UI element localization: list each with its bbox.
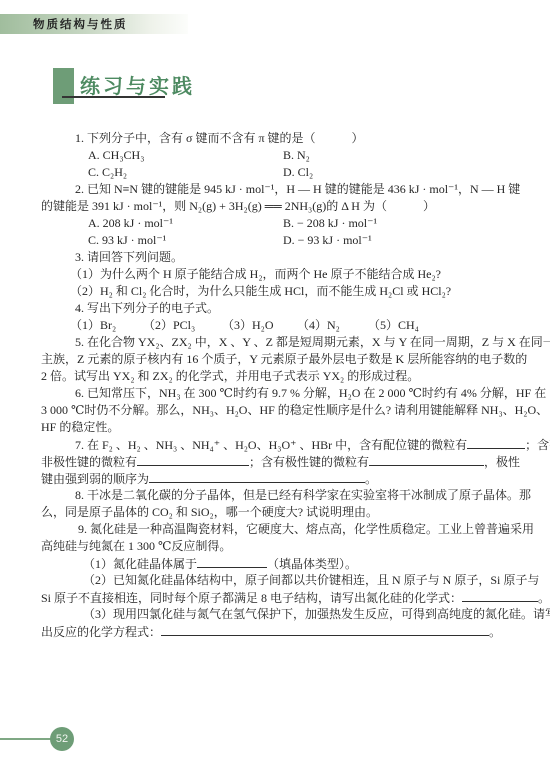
text-segment: 。 <box>489 625 501 639</box>
q9-sub1: （1）氮化硅晶体属于（填晶体类型）。 <box>83 556 357 572</box>
text-segment: （填晶体类型）。 <box>267 557 357 571</box>
q6-line1: 6. 已知常压下，NH₃ 在 300 ℃时约有 9.7 % 分解，H₂O 在 2… <box>75 386 546 401</box>
textbook-page: 物质结构与性质 练习与实践 1. 下列分子中，含有 σ 键而不含有 π 键的是（… <box>0 0 550 778</box>
text-segment: A. 208 kJ · mol⁻¹ <box>88 216 173 230</box>
text-segment: （2）H₂ 和 Cl₂ 化合时，为什么只能生成 HCl，而不能生成 H₂Cl 或… <box>70 284 451 298</box>
q4-item2: （2）PCl₃ <box>143 318 195 333</box>
text-segment: C. 93 kJ · mol⁻¹ <box>88 233 166 247</box>
text-segment: 键由强到弱的顺序为 <box>41 472 149 486</box>
q2-option-b: B. − 208 kJ · mol⁻¹ <box>283 216 377 231</box>
text-segment: 。 <box>538 591 550 605</box>
text-segment: 4. 写出下列分子的电子式。 <box>75 301 219 315</box>
q4-item4: （4）N₂ <box>297 318 340 333</box>
text-segment: 3. 请回答下列问题。 <box>75 250 183 264</box>
text-segment: 6. 已知常压下，NH₃ 在 300 ℃时约有 9.7 % 分解，H₂O 在 2… <box>75 386 546 400</box>
section-title: 练习与实践 <box>80 70 195 99</box>
page-number-badge: 52 <box>50 727 74 751</box>
section-title-square-decoration <box>53 68 74 104</box>
text-segment: C. C₂H₂ <box>88 165 127 179</box>
q9-sub2-line1: （2）已知氮化硅晶体结构中，原子间都以共价键相连，且 N 原子与 N 原子，Si… <box>83 573 539 588</box>
q7-line1: 7. 在 F₂ 、H₂ 、NH₃ 、NH₄⁺ 、H₂O、H₃O⁺ 、HBr 中，… <box>75 437 550 453</box>
q3-sub1: （1）为什么两个 H 原子能结合成 H₂，而两个 He 原子不能结合成 He₂? <box>70 267 441 282</box>
q5-line2: 主族，Z 元素的原子核内有 16 个质子，Y 元素原子最外层电子数是 K 层所能… <box>41 352 527 367</box>
text-segment: 3 000 ℃时仍不分解。那么，NH₃、H₂O、HF 的稳定性顺序是什么? 请利… <box>41 403 548 417</box>
q1-option-c: C. C₂H₂ <box>88 165 127 180</box>
text-segment: 7. 在 F₂ 、H₂ 、NH₃ 、NH₄⁺ 、H₂O、H₃O⁺ 、HBr 中，… <box>75 438 467 452</box>
q9-line2: 高纯硅与纯氮在 1 300 ℃反应制得。 <box>41 539 231 554</box>
text-segment: （2）已知氮化硅晶体结构中，原子间都以共价键相连，且 N 原子与 N 原子，Si… <box>83 573 539 587</box>
q2-option-a: A. 208 kJ · mol⁻¹ <box>88 216 173 231</box>
text-segment: B. − 208 kJ · mol⁻¹ <box>283 216 377 230</box>
q5-line1: 5. 在化合物 YX₂、ZX₂ 中，X 、Y 、Z 都是短周期元素，X 与 Y … <box>75 335 550 350</box>
text-segment: （3）H₂O <box>222 318 274 332</box>
text-segment: 出反应的化学方程式： <box>41 625 161 639</box>
q3-stem: 3. 请回答下列问题。 <box>75 250 183 265</box>
answer-blank <box>161 624 489 636</box>
text-segment: ，极性 <box>484 455 520 469</box>
text-segment: 9. 氮化硅是一种高温陶瓷材料，它硬度大、熔点高，化学性质稳定。工业上曾普遍采用 <box>78 522 534 536</box>
text-segment: 的键能是 391 kJ · mol⁻¹，则 N₂(g) + 3H₂(g) ══ … <box>41 199 435 213</box>
q1-option-b: B. N₂ <box>283 148 310 163</box>
book-title: 物质结构与性质 <box>33 16 128 32</box>
text-segment: （4）N₂ <box>297 318 340 332</box>
q2-stem-line1: 2. 已知 N≡N 键的键能是 945 kJ · mol⁻¹，H — H 键的键… <box>75 182 520 197</box>
q9-sub3-line2: 出反应的化学方程式：。 <box>41 624 501 640</box>
q6-line3: HF 的稳定性。 <box>41 420 119 435</box>
q8-line2: 么，同是原子晶体的 CO₂ 和 SiO₂，哪一个硬度大? 试说明理由。 <box>41 505 378 520</box>
q5-line3: 2 倍。试写出 YX₂ 和 ZX₂ 的化学式，并用电子式表示 YX₂ 的形成过程… <box>41 369 419 384</box>
q2-stem-line2: 的键能是 391 kJ · mol⁻¹，则 N₂(g) + 3H₂(g) ══ … <box>41 199 435 214</box>
q6-line2: 3 000 ℃时仍不分解。那么，NH₃、H₂O、HF 的稳定性顺序是什么? 请利… <box>41 403 548 418</box>
q9-sub2-line2: Si 原子不直接相连，同时每个原子都满足 8 电子结构，请写出氮化硅的化学式：。 <box>41 590 550 606</box>
q2-option-c: C. 93 kJ · mol⁻¹ <box>88 233 166 248</box>
q2-option-d: D. − 93 kJ · mol⁻¹ <box>283 233 372 248</box>
text-segment: （1）Br₂ <box>70 318 116 332</box>
footer-rule-line <box>0 738 52 740</box>
q7-line3: 键由强到弱的顺序为。 <box>41 471 377 487</box>
answer-blank <box>149 471 365 483</box>
answer-blank <box>369 454 484 466</box>
text-segment: 高纯硅与纯氮在 1 300 ℃反应制得。 <box>41 539 231 553</box>
text-segment: 么，同是原子晶体的 CO₂ 和 SiO₂，哪一个硬度大? 试说明理由。 <box>41 505 378 519</box>
text-segment: （1）氮化硅晶体属于 <box>83 557 197 571</box>
text-segment: （1）为什么两个 H 原子能结合成 H₂，而两个 He 原子不能结合成 He₂? <box>70 267 441 281</box>
text-segment: ；含有 <box>525 438 550 452</box>
q7-line2: 非极性键的微粒有；含有极性键的微粒有，极性 <box>41 454 520 470</box>
q1-stem: 1. 下列分子中，含有 σ 键而不含有 π 键的是（ ） <box>75 131 364 146</box>
text-segment: （2）PCl₃ <box>143 318 195 332</box>
text-segment: 主族，Z 元素的原子核内有 16 个质子，Y 元素原子最外层电子数是 K 层所能… <box>41 352 527 366</box>
text-segment: （3）现用四氯化硅与氮气在氢气保护下，加强热发生反应，可得到高纯度的氮化硅。请写 <box>83 607 550 621</box>
answer-blank <box>137 454 249 466</box>
q4-stem: 4. 写出下列分子的电子式。 <box>75 301 219 316</box>
q1-option-a: A. CH₃CH₃ <box>88 148 144 163</box>
text-segment: 2 倍。试写出 YX₂ 和 ZX₂ 的化学式，并用电子式表示 YX₂ 的形成过程… <box>41 369 419 383</box>
q3-sub2: （2）H₂ 和 Cl₂ 化合时，为什么只能生成 HCl，而不能生成 H₂Cl 或… <box>70 284 451 299</box>
text-segment: A. CH₃CH₃ <box>88 148 144 162</box>
text-segment: D. − 93 kJ · mol⁻¹ <box>283 233 372 247</box>
q8-line1: 8. 干冰是二氧化碳的分子晶体，但是已经有科学家在实验室将干冰制成了原子晶体。那 <box>75 488 531 503</box>
text-segment: 8. 干冰是二氧化碳的分子晶体，但是已经有科学家在实验室将干冰制成了原子晶体。那 <box>75 488 531 502</box>
answer-blank <box>197 556 267 568</box>
text-segment: HF 的稳定性。 <box>41 420 119 434</box>
text-segment: 2. 已知 N≡N 键的键能是 945 kJ · mol⁻¹，H — H 键的键… <box>75 182 520 196</box>
text-segment: 非极性键的微粒有 <box>41 455 137 469</box>
text-segment: 5. 在化合物 YX₂、ZX₂ 中，X 、Y 、Z 都是短周期元素，X 与 Y … <box>75 335 550 349</box>
text-segment: D. Cl₂ <box>283 165 313 179</box>
answer-blank <box>467 437 525 449</box>
page-number: 52 <box>56 733 68 745</box>
q9-sub3-line1: （3）现用四氯化硅与氮气在氢气保护下，加强热发生反应，可得到高纯度的氮化硅。请写 <box>83 607 550 622</box>
text-segment: Si 原子不直接相连，同时每个原子都满足 8 电子结构，请写出氮化硅的化学式： <box>41 591 462 605</box>
q4-item3: （3）H₂O <box>222 318 274 333</box>
text-segment: 。 <box>365 472 377 486</box>
text-segment: （5）CH₄ <box>368 318 419 332</box>
text-segment: B. N₂ <box>283 148 310 162</box>
q9-line1: 9. 氮化硅是一种高温陶瓷材料，它硬度大、熔点高，化学性质稳定。工业上曾普遍采用 <box>78 522 534 537</box>
q4-item5: （5）CH₄ <box>368 318 419 333</box>
q4-item1: （1）Br₂ <box>70 318 116 333</box>
text-segment: ；含有极性键的微粒有 <box>249 455 369 469</box>
chapter-header-bar: 物质结构与性质 <box>0 14 188 34</box>
answer-blank <box>462 590 538 602</box>
text-segment: 1. 下列分子中，含有 σ 键而不含有 π 键的是（ ） <box>75 131 364 145</box>
q1-option-d: D. Cl₂ <box>283 165 313 180</box>
